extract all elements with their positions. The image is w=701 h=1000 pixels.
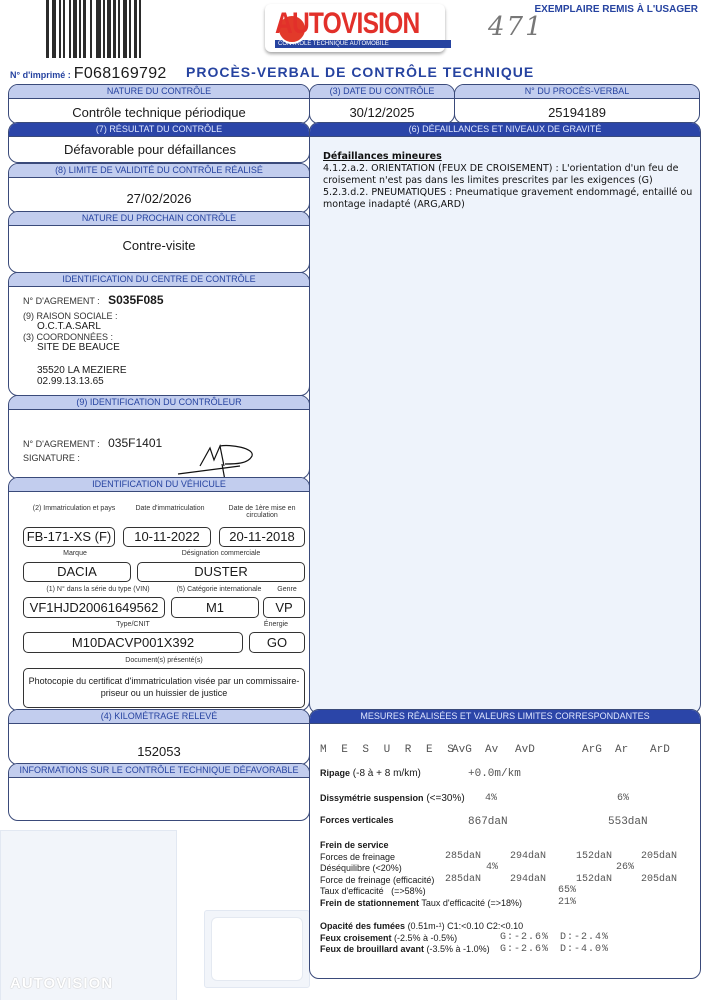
vehicle-label: IDENTIFICATION DU VÉHICULE bbox=[9, 478, 309, 492]
eff-force-ard: 205daN bbox=[641, 874, 677, 885]
measures-box: MESURES RÉALISÉES ET VALEURS LIMITES COR… bbox=[309, 709, 701, 979]
opacity-label: Opacité des fumées bbox=[320, 921, 405, 931]
handwritten-note: 471 bbox=[488, 12, 544, 42]
col-ard: ArD bbox=[650, 744, 670, 756]
type-label: Type/CNIT bbox=[23, 621, 243, 628]
company-label: (9) RAISON SOCIALE : bbox=[23, 311, 303, 321]
fog-label: Feux de brouillard avant bbox=[320, 944, 424, 954]
documents-label: Document(s) présenté(s) bbox=[23, 657, 305, 664]
controller-agreement-label: N° D'AGREMENT : bbox=[23, 439, 100, 449]
col-ar: Ar bbox=[615, 744, 628, 756]
measures-heading: M E S U R E S bbox=[320, 744, 458, 756]
center-label: IDENTIFICATION DU CENTRE DE CONTRÔLE bbox=[9, 273, 309, 287]
mileage-value: 152053 bbox=[9, 724, 309, 759]
controller-agreement-value: 035F1401 bbox=[108, 436, 162, 450]
validity-label: (8) LIMITE DE VALIDITÉ DU CONTRÔLE RÉALI… bbox=[9, 164, 309, 178]
address-label: (3) COORDONNÉES : bbox=[23, 332, 303, 342]
imbalance-ar: 26% bbox=[616, 862, 634, 873]
brand-label: Marque bbox=[23, 550, 127, 557]
first-circulation-value: 20-11-2018 bbox=[219, 527, 305, 547]
barcode bbox=[46, 0, 142, 58]
low-beam-label: Feux croisement bbox=[320, 933, 392, 943]
pv-number-label: N° DU PROCÈS-VERBAL bbox=[455, 85, 699, 99]
parking-rate-label: Taux d'efficacité (=>18%) bbox=[421, 898, 522, 908]
eff-rate-label: Taux d'efficacité (=>58%) bbox=[320, 886, 522, 898]
center-agreement-label: N° D'AGREMENT : bbox=[23, 296, 100, 306]
low-beam-limit: (-2.5% à -0.5%) bbox=[394, 933, 457, 943]
imbalance-av: 4% bbox=[486, 862, 498, 873]
category-label: (5) Catégorie internationale bbox=[173, 586, 265, 593]
unfavorable-info-label: INFORMATIONS SUR LE CONTRÔLE TECHNIQUE D… bbox=[9, 764, 309, 778]
suspension-ar: 6% bbox=[617, 793, 629, 804]
pv-number-value: 25194189 bbox=[455, 99, 699, 120]
control-date-label: (3) DATE DU CONTRÔLE bbox=[310, 85, 454, 99]
control-nature-label: NATURE DU CONTRÔLE bbox=[9, 85, 309, 99]
suspension-av: 4% bbox=[485, 793, 497, 804]
low-beam-g: G:-2.6% bbox=[500, 932, 549, 943]
vertical-ar: 553daN bbox=[608, 816, 648, 828]
watermark: AUTOVISION bbox=[10, 975, 113, 992]
mileage-box: (4) KILOMÉTRAGE RELEVÉ 152053 bbox=[8, 709, 310, 765]
sticker-area bbox=[204, 910, 310, 988]
logo-tagline: CONTROLE TECHNIQUE AUTOMOBILE bbox=[275, 40, 451, 48]
suspension-label: Dissymétrie suspension bbox=[320, 793, 424, 803]
defects-category: Défaillances mineures bbox=[323, 151, 698, 163]
print-number: N° d'imprimé :F068169792 bbox=[10, 65, 167, 83]
result-value: Défavorable pour défaillances bbox=[9, 137, 309, 157]
ripage-av: +0.0m/km bbox=[468, 768, 521, 780]
brake-force-avd: 294daN bbox=[510, 851, 546, 862]
fog-d: D:-4.0% bbox=[560, 944, 609, 955]
print-number-value: F068169792 bbox=[74, 65, 167, 82]
control-date-value: 30/12/2025 bbox=[310, 99, 454, 120]
col-av: Av bbox=[485, 744, 498, 756]
brake-force-avg: 285daN bbox=[445, 851, 481, 862]
defects-box: (6) DÉFAILLANCES ET NIVEAUX DE GRAVITÉ D… bbox=[309, 122, 701, 714]
result-label: (7) RÉSULTAT DU CONTRÔLE bbox=[9, 123, 309, 137]
defect-item: 4.1.2.a.2. ORIENTATION (FEUX DE CROISEME… bbox=[323, 163, 698, 187]
eff-force-avg: 285daN bbox=[445, 874, 481, 885]
model-value: DUSTER bbox=[137, 562, 305, 582]
unfavorable-info-box: INFORMATIONS SUR LE CONTRÔLE TECHNIQUE D… bbox=[8, 763, 310, 821]
vehicle-box: IDENTIFICATION DU VÉHICULE (2) Immatricu… bbox=[8, 477, 310, 711]
vin-value: VF1HJD20061649562 bbox=[23, 597, 165, 618]
ripage-limit: (-8 à + 8 m/km) bbox=[353, 768, 421, 779]
center-box: IDENTIFICATION DU CENTRE DE CONTRÔLE N° … bbox=[8, 272, 310, 396]
vin-label: (1) N° dans la série du type (VIN) bbox=[23, 586, 173, 593]
energy-label: Énergie bbox=[247, 621, 305, 628]
next-control-value: Contre-visite bbox=[9, 226, 309, 253]
eff-force-label: Force de freinage (efficacité) bbox=[320, 875, 522, 887]
genre-value: VP bbox=[263, 597, 305, 618]
ripage-label: Ripage bbox=[320, 768, 350, 778]
address-line1: SITE DE BEAUCE bbox=[23, 342, 303, 353]
controller-box: (9) IDENTIFICATION DU CONTRÔLEUR N° D'AG… bbox=[8, 395, 310, 479]
logo-brand: AUTOVISION bbox=[275, 9, 419, 39]
copy-label: EXEMPLAIRE REMIS À L'USAGER bbox=[534, 4, 698, 15]
brake-force-arg: 152daN bbox=[576, 851, 612, 862]
parking-brake-label: Frein de stationnement bbox=[320, 898, 419, 908]
defect-item: 5.2.3.d.2. PNEUMATIQUES : Pneumatique gr… bbox=[323, 187, 698, 211]
fog-g: G:-2.6% bbox=[500, 944, 549, 955]
company-value: O.C.T.A.SARL bbox=[23, 321, 303, 332]
address-line2: 35520 LA MEZIERE bbox=[23, 365, 303, 376]
registration-date-value: 10-11-2022 bbox=[123, 527, 211, 547]
service-brake-label: Frein de service bbox=[320, 840, 522, 852]
low-beam-d: D:-2.4% bbox=[560, 932, 609, 943]
opacity-value: (0.51m-¹) C1:<0.10 C2:<0.10 bbox=[408, 921, 524, 931]
first-circulation-label: Date de 1ère mise en circulation bbox=[221, 505, 303, 519]
measures-label: MESURES RÉALISÉES ET VALEURS LIMITES COR… bbox=[310, 710, 700, 724]
documents-value: Photocopie du certificat d'immatriculati… bbox=[23, 668, 305, 708]
col-arg: ArG bbox=[582, 744, 602, 756]
eff-force-arg: 152daN bbox=[576, 874, 612, 885]
next-control-box: NATURE DU PROCHAIN CONTRÔLE Contre-visit… bbox=[8, 211, 310, 273]
category-value: M1 bbox=[171, 597, 259, 618]
validity-box: (8) LIMITE DE VALIDITÉ DU CONTRÔLE RÉALI… bbox=[8, 163, 310, 213]
validity-value: 27/02/2026 bbox=[9, 178, 309, 206]
suspension-limit: (<=30%) bbox=[426, 793, 464, 804]
autovision-logo: AUTOVISION CONTROLE TECHNIQUE AUTOMOBILE bbox=[265, 4, 445, 52]
vertical-av: 867daN bbox=[468, 816, 508, 828]
energy-value: GO bbox=[249, 632, 305, 653]
vertical-forces-label: Forces verticales bbox=[320, 815, 394, 825]
result-box: (7) RÉSULTAT DU CONTRÔLE Défavorable pou… bbox=[8, 122, 310, 163]
col-avg: AvG bbox=[452, 744, 472, 756]
control-nature-box: NATURE DU CONTRÔLE Contrôle technique pé… bbox=[8, 84, 310, 124]
center-phone: 02.99.13.13.65 bbox=[23, 376, 303, 387]
eff-rate-value: 65% bbox=[558, 885, 576, 896]
fog-limit: (-3.5% à -1.0%) bbox=[427, 944, 490, 954]
col-avd: AvD bbox=[515, 744, 535, 756]
mileage-label: (4) KILOMÉTRAGE RELEVÉ bbox=[9, 710, 309, 724]
print-number-label: N° d'imprimé : bbox=[10, 70, 71, 80]
genre-label: Genre bbox=[267, 586, 307, 593]
controller-label: (9) IDENTIFICATION DU CONTRÔLEUR bbox=[9, 396, 309, 410]
control-nature-value: Contrôle technique périodique bbox=[9, 99, 309, 120]
type-value: M10DACVP001X392 bbox=[23, 632, 243, 653]
pv-number-box: N° DU PROCÈS-VERBAL 25194189 bbox=[454, 84, 700, 124]
parking-rate-value: 21% bbox=[558, 897, 576, 908]
brake-force-ard: 205daN bbox=[641, 851, 677, 862]
registration-label: (2) Immatriculation et pays bbox=[19, 505, 129, 512]
registration-value: FB-171-XS (F) bbox=[23, 527, 115, 547]
document-title: PROCÈS-VERBAL DE CONTRÔLE TECHNIQUE bbox=[186, 64, 534, 80]
signature-label: SIGNATURE : bbox=[23, 453, 80, 463]
registration-date-label: Date d'immatriculation bbox=[129, 505, 211, 512]
next-control-label: NATURE DU PROCHAIN CONTRÔLE bbox=[9, 212, 309, 226]
center-agreement-value: S035F085 bbox=[108, 293, 163, 307]
brand-value: DACIA bbox=[23, 562, 131, 582]
eff-force-avd: 294daN bbox=[510, 874, 546, 885]
defects-label: (6) DÉFAILLANCES ET NIVEAUX DE GRAVITÉ bbox=[310, 123, 700, 137]
control-date-box: (3) DATE DU CONTRÔLE 30/12/2025 bbox=[309, 84, 455, 124]
model-label: Désignation commerciale bbox=[137, 550, 305, 557]
